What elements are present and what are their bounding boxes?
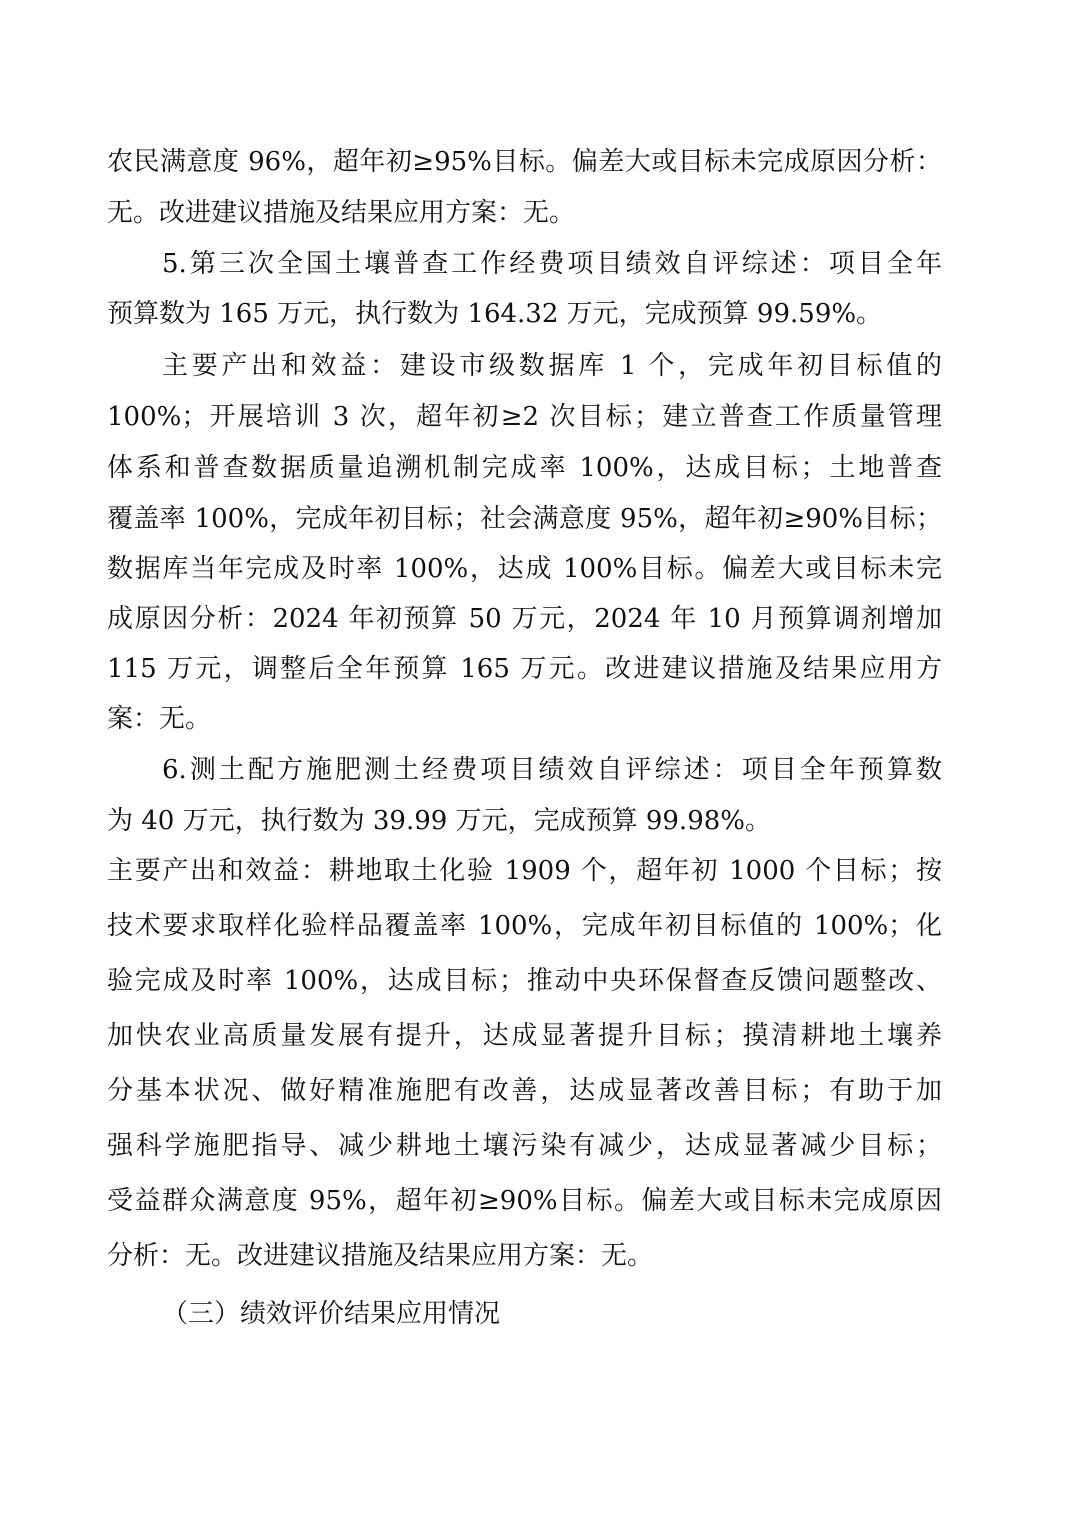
item-6-output-line-7: 受益群众满意度 95%，超年初≥90%目标。偏差大或目标未完成原因 (107, 1185, 942, 1217)
item-5-budget-line: 预算数为 165 万元，执行数为 164.32 万元，完成预算 99.59%。 (107, 298, 942, 330)
item-6-output-line-8: 分析：无。改进建议措施及结果应用方案：无。 (107, 1240, 942, 1272)
item-6-output-line-1: 主要产出和效益：耕地取土化验 1909 个，超年初 1000 个目标；按 (107, 855, 942, 887)
item-5-output-line-7: 115 万元，调整后全年预算 165 万元。改进建议措施及结果应用方 (107, 653, 942, 685)
item-6-output-line-5: 分基本状况、做好精准施肥有改善，达成显著改善目标；有助于加 (107, 1075, 942, 1107)
section-heading: （三）绩效评价结果应用情况 (162, 1298, 500, 1330)
item-5-title-line: 5.第三次全国土壤普查工作经费项目绩效自评综述：项目全年 (162, 248, 942, 280)
document-page: 农民满意度 96%，超年初≥95%目标。偏差大或目标未完成原因分析： 无。改进建… (0, 0, 1074, 1520)
item-5-output-line-5: 数据库当年完成及时率 100%，达成 100%目标。偏差大或目标未完 (107, 553, 942, 585)
item-5-output-line-8: 案：无。 (107, 703, 942, 735)
item-5-output-line-4: 覆盖率 100%，完成年初目标；社会满意度 95%，超年初≥90%目标； (107, 503, 942, 535)
text-line-1: 农民满意度 96%，超年初≥95%目标。偏差大或目标未完成原因分析： (107, 146, 942, 178)
item-6-title-line: 6.测土配方施肥测土经费项目绩效自评综述：项目全年预算数 (162, 754, 942, 786)
item-6-output-line-6: 强科学施肥指导、减少耕地土壤污染有减少，达成显著减少目标； (107, 1130, 942, 1162)
item-6-budget-line: 为 40 万元，执行数为 39.99 万元，完成预算 99.98%。 (107, 805, 942, 837)
item-6-output-line-2: 技术要求取样化验样品覆盖率 100%，完成年初目标值的 100%；化 (107, 910, 942, 942)
item-5-output-line-6: 成原因分析：2024 年初预算 50 万元，2024 年 10 月预算调剂增加 (107, 603, 942, 635)
item-5-output-line-3: 体系和普查数据质量追溯机制完成率 100%，达成目标；土地普查 (107, 452, 942, 484)
item-6-output-line-4: 加快农业高质量发展有提升，达成显著提升目标；摸清耕地土壤养 (107, 1020, 942, 1052)
item-6-output-line-3: 验完成及时率 100%，达成目标；推动中央环保督查反馈问题整改、 (107, 965, 942, 997)
item-5-output-line-1: 主要产出和效益：建设市级数据库 1 个，完成年初目标值的 (162, 350, 942, 382)
item-5-output-line-2: 100%；开展培训 3 次，超年初≥2 次目标；建立普查工作质量管理 (107, 401, 942, 433)
text-line-2: 无。改进建议措施及结果应用方案：无。 (107, 197, 942, 229)
